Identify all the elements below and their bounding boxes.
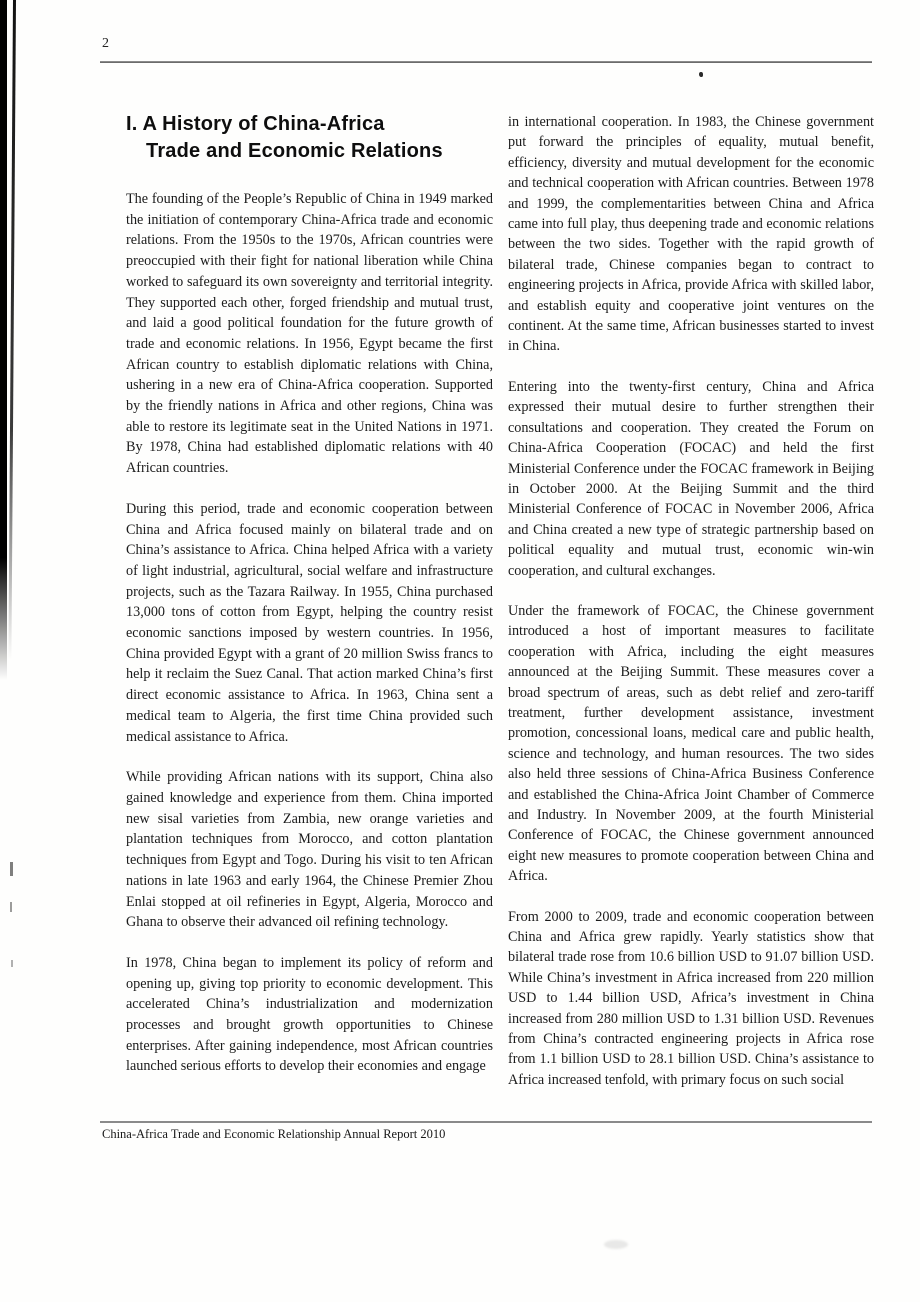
- paragraph: Entering into the twenty-first century, …: [508, 377, 874, 581]
- paragraph: From 2000 to 2009, trade and economic co…: [508, 907, 874, 1091]
- scan-smudge: [604, 1240, 628, 1249]
- scan-speck: [699, 72, 703, 77]
- scan-speck: [10, 862, 13, 876]
- paragraph: During this period, trade and economic c…: [126, 499, 493, 747]
- footer-rule: [100, 1121, 872, 1123]
- page-number: 2: [102, 36, 109, 52]
- scan-binding-bar: [0, 0, 7, 680]
- left-column: The founding of the People’s Republic of…: [126, 189, 493, 1077]
- scan-binding-line: [8, 0, 16, 660]
- right-column: in international cooperation. In 1983, t…: [508, 112, 874, 1090]
- page-title-line-2: Trade and Economic Relations: [146, 138, 443, 165]
- paragraph: The founding of the People’s Republic of…: [126, 189, 493, 479]
- scan-speck: [10, 902, 12, 912]
- page-title-line-1: I. A History of China-Africa: [126, 111, 443, 138]
- footer-text: China-Africa Trade and Economic Relation…: [102, 1127, 445, 1142]
- paragraph: Under the framework of FOCAC, the Chines…: [508, 601, 874, 887]
- scanned-document-page: 2 I. A History of China-Africa Trade and…: [0, 0, 920, 1302]
- paragraph: While providing African nations with its…: [126, 767, 493, 933]
- page-title: I. A History of China-Africa Trade and E…: [126, 111, 443, 165]
- paragraph: in international cooperation. In 1983, t…: [508, 112, 874, 357]
- paragraph: In 1978, China began to implement its po…: [126, 953, 493, 1077]
- scan-speck: [11, 960, 13, 967]
- header-rule: [100, 61, 872, 63]
